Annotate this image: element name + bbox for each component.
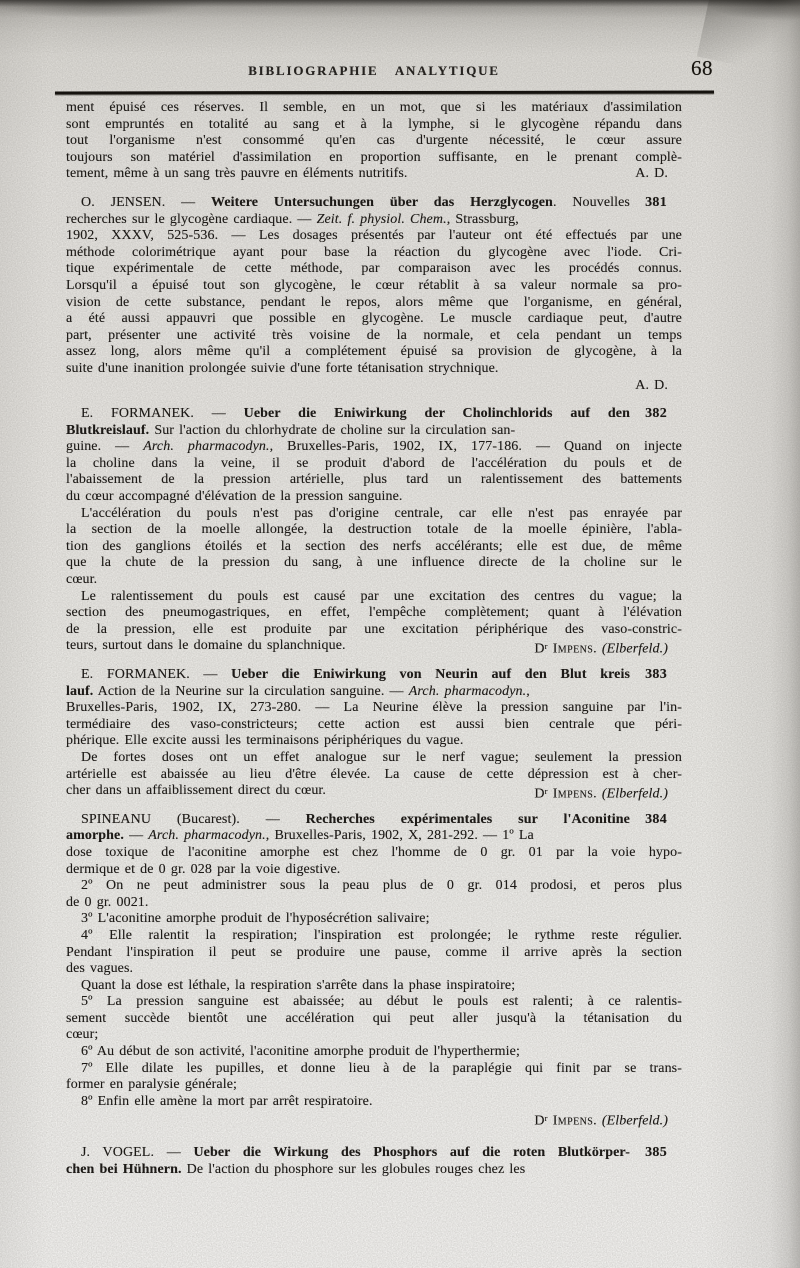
signature: A. D. bbox=[635, 378, 668, 395]
text-line: De fortes doses ont un effet analogue su… bbox=[66, 750, 682, 767]
text-line: 3º L'aconitine amorphe produit de l'hypo… bbox=[66, 911, 682, 928]
text-line: la choline dans la veine, il se produit … bbox=[66, 456, 682, 473]
scan-right-edge-shadow bbox=[770, 0, 800, 1268]
signature: A. D. bbox=[635, 166, 668, 183]
entry-383: E. FORMANEK. — Ueber die Eniwirkung von … bbox=[66, 667, 682, 800]
text-line: cher dans un affaiblissement direct du c… bbox=[66, 783, 682, 800]
text-line: termédiaire des vaso-constricteurs; cett… bbox=[66, 717, 682, 734]
text-line: teurs, surtout dans le domaine du splanc… bbox=[66, 638, 682, 655]
page-number: 68 bbox=[691, 56, 713, 81]
text-line: E. FORMANEK. — Ueber die Eniwirkung der … bbox=[66, 406, 682, 423]
text-line: du cœur accompagné d'élévation de la pre… bbox=[66, 489, 682, 506]
text-line: que la chute de la pression du sang, à u… bbox=[66, 555, 682, 572]
running-title: BIBLIOGRAPHIE ANALYTIQUE bbox=[66, 63, 682, 79]
text-line: assez long, alors même qu'il a complétem… bbox=[66, 344, 682, 361]
text-line: Pendant l'inspiration il peut se produir… bbox=[66, 945, 682, 962]
text-line: artérielle est abaissée au lieu d'être é… bbox=[66, 767, 682, 784]
signature: Dr Impens. (Elberfeld.) bbox=[534, 783, 668, 803]
text-line: méthode colorimétrique ayant pour base l… bbox=[66, 245, 682, 262]
text-line: O. JENSEN. — Weitere Untersuchungen über… bbox=[66, 195, 682, 212]
text-line: des vagues. bbox=[66, 961, 682, 978]
text-line: cœur; bbox=[66, 1027, 682, 1044]
text-line: 1902, XXXV, 525-536. — Les dosages prése… bbox=[66, 228, 682, 245]
text-line: tement, même à un sang très pauvre en él… bbox=[66, 166, 682, 183]
entry-number: 385 bbox=[645, 1145, 667, 1162]
text-line: Bruxelles-Paris, 1902, IX, 273-280. — La… bbox=[66, 700, 682, 717]
text-line: tion des ganglions étoilés et la section… bbox=[66, 539, 682, 556]
text-line: J. VOGEL. — Ueber die Wirkung des Phosph… bbox=[66, 1145, 682, 1162]
text-line: amorphe. — Arch. pharmacodyn., Bruxelles… bbox=[66, 828, 682, 845]
text-line: guine. — Arch. pharmacodyn., Bruxelles-P… bbox=[66, 439, 682, 456]
text-line: 6º Au début de son activité, l'aconitine… bbox=[66, 1044, 682, 1061]
text-line: Lorsqu'il a épuisé tout son glycogène, l… bbox=[66, 278, 682, 295]
entry-number: 384 bbox=[645, 812, 667, 829]
entry-number: 383 bbox=[645, 667, 667, 684]
text-line: Blutkreislauf. Sur l'action du chlorhydr… bbox=[66, 423, 682, 440]
text-line: l'abaissement de la pression artérielle,… bbox=[66, 472, 682, 489]
entry-number: 381 bbox=[645, 195, 667, 212]
text-line: 7º Elle dilate les pupilles, et donne li… bbox=[66, 1061, 682, 1078]
text-line: Quant la dose est léthale, la respiratio… bbox=[66, 978, 682, 995]
text-line: former en paralysie générale; bbox=[66, 1077, 682, 1094]
scanned-page: BIBLIOGRAPHIE ANALYTIQUE 68 ment épuisé … bbox=[0, 0, 800, 1268]
text-line: cœur. bbox=[66, 572, 682, 589]
signature: Dr Impens. (Elberfeld.) bbox=[534, 1110, 668, 1130]
text-line: lauf. Action de la Neurine sur la circul… bbox=[66, 684, 682, 701]
text-line: de 0 gr. 0021. bbox=[66, 895, 682, 912]
text-line: SPINEANU (Bucarest). — Recherches expéri… bbox=[66, 812, 682, 829]
text-line: 5º La pression sanguine est abaissée; au… bbox=[66, 994, 682, 1011]
text-line: dose toxique de l'aconitine amorphe est … bbox=[66, 845, 682, 862]
text-line: sement succède bientôt une accélération … bbox=[66, 1011, 682, 1028]
text-line: de la pression, elle est produite par un… bbox=[66, 622, 682, 639]
text-line: ment épuisé ces réserves. Il semble, en … bbox=[66, 100, 682, 117]
text-line: 2º On ne peut administrer sous la peau p… bbox=[66, 878, 682, 895]
text-line: part, présenter une activité très voisin… bbox=[66, 328, 682, 345]
entry-385: J. VOGEL. — Ueber die Wirkung des Phosph… bbox=[66, 1145, 682, 1178]
text-line: Le ralentissement du pouls est causé par… bbox=[66, 589, 682, 606]
text-line: E. FORMANEK. — Ueber die Eniwirkung von … bbox=[66, 667, 682, 684]
text-line: sont empruntés en totalité au sang et à … bbox=[66, 117, 682, 134]
text-line: Dr Impens. (Elberfeld.) bbox=[66, 1110, 682, 1127]
text-line: phérique. Elle excite aussi les terminai… bbox=[66, 733, 682, 750]
text-line: vision de cette substance, pendant le re… bbox=[66, 295, 682, 312]
entry-384: SPINEANU (Bucarest). — Recherches expéri… bbox=[66, 812, 682, 1127]
text-line: a été aussi appauvri que possible en gly… bbox=[66, 311, 682, 328]
text-line: chen bei Hühnern. De l'action du phospho… bbox=[66, 1162, 682, 1179]
text-line: section des pneumogastriques, en effet, … bbox=[66, 605, 682, 622]
signature: Dr Impens. (Elberfeld.) bbox=[534, 638, 668, 658]
text-line: tique expérimentale de cette méthode, pa… bbox=[66, 261, 682, 278]
header-rule bbox=[55, 91, 714, 95]
scan-top-shadow bbox=[0, 0, 800, 56]
text-line: A. D. bbox=[66, 378, 682, 395]
text-column: ment épuisé ces réserves. Il semble, en … bbox=[66, 100, 682, 1178]
text-line: 4º Elle ralentit la respiration; l'inspi… bbox=[66, 928, 682, 945]
text-line: toujours son matériel d'assimilation en … bbox=[66, 150, 682, 167]
entry-number: 382 bbox=[645, 406, 667, 423]
entry-381: O. JENSEN. — Weitere Untersuchungen über… bbox=[66, 195, 682, 394]
text-line: dermique et de 0 gr. 028 par la voie dig… bbox=[66, 862, 682, 879]
text-line: L'accélération du pouls n'est pas d'orig… bbox=[66, 506, 682, 523]
paragraph-continuation: ment épuisé ces réserves. Il semble, en … bbox=[66, 100, 682, 183]
text-line: 8º Enfin elle amène la mort par arrêt re… bbox=[66, 1094, 682, 1111]
text-line: tout l'organisme n'est consommé qu'en ca… bbox=[66, 133, 682, 150]
text-line: recherches sur le glycogène cardiaque. —… bbox=[66, 212, 682, 229]
entry-382: E. FORMANEK. — Ueber die Eniwirkung der … bbox=[66, 406, 682, 655]
text-line: la section de la moelle allongée, la des… bbox=[66, 522, 682, 539]
text-line: suite d'une inanition prolongée suivie d… bbox=[66, 361, 682, 378]
